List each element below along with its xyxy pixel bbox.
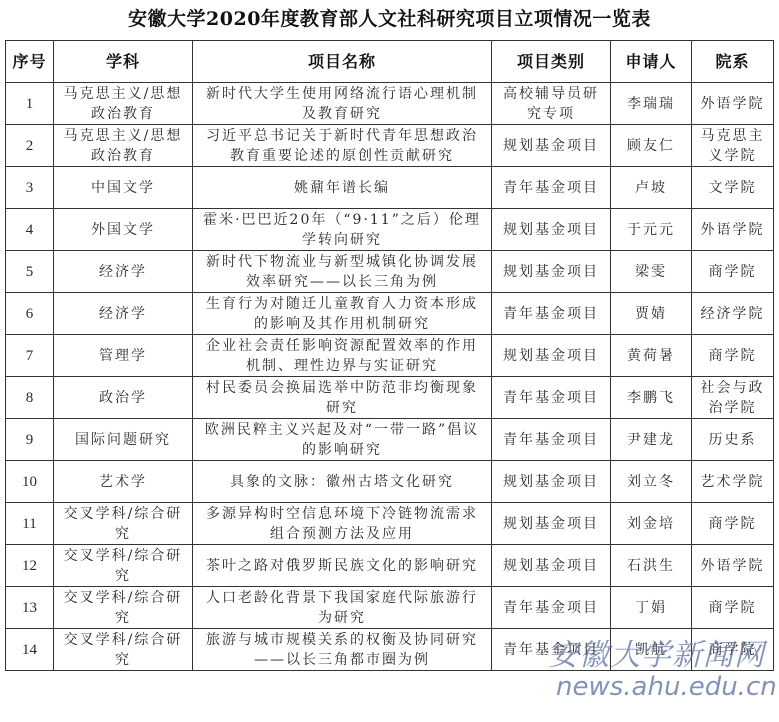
cell-department: 商学院: [692, 335, 774, 377]
watermark-url: news.ahu.edu.cn: [556, 672, 777, 702]
cell-category: 青年基金项目: [492, 419, 611, 461]
cell-project: 姚鼐年谱长编: [193, 167, 492, 209]
cell-no: 10: [6, 461, 54, 503]
cell-discipline: 经济学: [54, 293, 193, 335]
cell-category: 规划基金项目: [492, 461, 611, 503]
cell-no: 13: [6, 587, 54, 629]
table-row: 13 交叉学科/综合研究 人口老龄化背景下我国家庭代际旅游行为研究 青年基金项目…: [6, 587, 774, 629]
cell-no: 9: [6, 419, 54, 461]
cell-category: 高校辅导员研究专项: [492, 83, 611, 125]
header-applicant: 申请人: [611, 41, 692, 83]
cell-category: 规划基金项目: [492, 209, 611, 251]
cell-applicant: 贾婧: [611, 293, 692, 335]
cell-project: 新时代下物流业与新型城镇化协调发展效率研究——以长三角为例: [193, 251, 492, 293]
cell-category: 规划基金项目: [492, 545, 611, 587]
cell-no: 7: [6, 335, 54, 377]
table-row: 9 国际问题研究 欧洲民粹主义兴起及对“一带一路”倡议的影响研究 青年基金项目 …: [6, 419, 774, 461]
table-row: 6 经济学 生育行为对随迁儿童教育人力资本形成的影响及其作用机制研究 青年基金项…: [6, 293, 774, 335]
cell-applicant: 刘立冬: [611, 461, 692, 503]
cell-no: 11: [6, 503, 54, 545]
cell-category: 规划基金项目: [492, 251, 611, 293]
cell-no: 5: [6, 251, 54, 293]
cell-department: 商学院: [692, 251, 774, 293]
cell-no: 1: [6, 83, 54, 125]
table-header-row: 序号 学科 项目名称 项目类别 申请人 院系: [6, 41, 774, 83]
header-discipline: 学科: [54, 41, 193, 83]
cell-applicant: 卢坡: [611, 167, 692, 209]
cell-department: 外语学院: [692, 209, 774, 251]
cell-no: 8: [6, 377, 54, 419]
cell-no: 3: [6, 167, 54, 209]
cell-applicant: 李瑞瑞: [611, 83, 692, 125]
table-row: 14 交叉学科/综合研究 旅游与城市规模关系的权衡及协同研究——以长三角都市圈为…: [6, 629, 774, 671]
cell-department: 外语学院: [692, 83, 774, 125]
document-title: 安徽大学2020年度教育部人文社科研究项目立项情况一览表: [0, 4, 779, 31]
table-row: 10 艺术学 具象的文脉：徽州古塔文化研究 规划基金项目 刘立冬 艺术学院: [6, 461, 774, 503]
cell-category: 规划基金项目: [492, 125, 611, 167]
cell-category: 青年基金项目: [492, 293, 611, 335]
cell-discipline: 政治学: [54, 377, 193, 419]
cell-applicant: 刘金培: [611, 503, 692, 545]
cell-no: 4: [6, 209, 54, 251]
cell-department: 文学院: [692, 167, 774, 209]
cell-project: 旅游与城市规模关系的权衡及协同研究——以长三角都市圈为例: [193, 629, 492, 671]
cell-category: 青年基金项目: [492, 377, 611, 419]
cell-department: 经济学院: [692, 293, 774, 335]
cell-project: 具象的文脉：徽州古塔文化研究: [193, 461, 492, 503]
cell-applicant: 丁娟: [611, 587, 692, 629]
cell-discipline: 交叉学科/综合研究: [54, 545, 193, 587]
header-project: 项目名称: [193, 41, 492, 83]
cell-department: 马克思主义学院: [692, 125, 774, 167]
cell-discipline: 艺术学: [54, 461, 193, 503]
cell-project: 村民委员会换届选举中防范非均衡现象研究: [193, 377, 492, 419]
table-row: 4 外国文学 霍米·巴巴近20年（“9·11”之后）伦理学转向研究 规划基金项目…: [6, 209, 774, 251]
cell-project: 新时代大学生使用网络流行语心理机制及教育研究: [193, 83, 492, 125]
cell-applicant: 尹建龙: [611, 419, 692, 461]
table-row: 2 马克思主义/思想政治教育 习近平总书记关于新时代青年思想政治教育重要论述的原…: [6, 125, 774, 167]
table-row: 3 中国文学 姚鼐年谱长编 青年基金项目 卢坡 文学院: [6, 167, 774, 209]
cell-department: 商学院: [692, 587, 774, 629]
cell-project: 人口老龄化背景下我国家庭代际旅游行为研究: [193, 587, 492, 629]
cell-applicant: 李鹏飞: [611, 377, 692, 419]
header-category: 项目类别: [492, 41, 611, 83]
cell-department: 艺术学院: [692, 461, 774, 503]
cell-no: 12: [6, 545, 54, 587]
cell-project: 多源异构时空信息环境下冷链物流需求组合预测方法及应用: [193, 503, 492, 545]
cell-department: 商学院: [692, 503, 774, 545]
cell-category: 规划基金项目: [492, 335, 611, 377]
cell-project: 欧洲民粹主义兴起及对“一带一路”倡议的影响研究: [193, 419, 492, 461]
table-row: 11 交叉学科/综合研究 多源异构时空信息环境下冷链物流需求组合预测方法及应用 …: [6, 503, 774, 545]
cell-project: 习近平总书记关于新时代青年思想政治教育重要论述的原创性贡献研究: [193, 125, 492, 167]
cell-category: 青年基金项目: [492, 167, 611, 209]
cell-discipline: 交叉学科/综合研究: [54, 587, 193, 629]
cell-department: 历史系: [692, 419, 774, 461]
cell-applicant: 于元元: [611, 209, 692, 251]
cell-category: 青年基金项目: [492, 629, 611, 671]
cell-discipline: 国际问题研究: [54, 419, 193, 461]
table-row: 1 马克思主义/思想政治教育 新时代大学生使用网络流行语心理机制及教育研究 高校…: [6, 83, 774, 125]
cell-project: 生育行为对随迁儿童教育人力资本形成的影响及其作用机制研究: [193, 293, 492, 335]
cell-applicant: 梁雯: [611, 251, 692, 293]
cell-discipline: 马克思主义/思想政治教育: [54, 125, 193, 167]
cell-discipline: 经济学: [54, 251, 193, 293]
table-row: 8 政治学 村民委员会换届选举中防范非均衡现象研究 青年基金项目 李鹏飞 社会与…: [6, 377, 774, 419]
cell-applicant: 顾友仁: [611, 125, 692, 167]
cell-discipline: 外国文学: [54, 209, 193, 251]
cell-department: 商学院: [692, 629, 774, 671]
cell-discipline: 马克思主义/思想政治教育: [54, 83, 193, 125]
cell-discipline: 交叉学科/综合研究: [54, 503, 193, 545]
cell-discipline: 管理学: [54, 335, 193, 377]
cell-project: 茶叶之路对俄罗斯民族文化的影响研究: [193, 545, 492, 587]
cell-discipline: 中国文学: [54, 167, 193, 209]
cell-project: 企业社会责任影响资源配置效率的作用机制、理性边界与实证研究: [193, 335, 492, 377]
table-row: 5 经济学 新时代下物流业与新型城镇化协调发展效率研究——以长三角为例 规划基金…: [6, 251, 774, 293]
cell-no: 14: [6, 629, 54, 671]
table-row: 12 交叉学科/综合研究 茶叶之路对俄罗斯民族文化的影响研究 规划基金项目 石洪…: [6, 545, 774, 587]
cell-department: 外语学院: [692, 545, 774, 587]
cell-project: 霍米·巴巴近20年（“9·11”之后）伦理学转向研究: [193, 209, 492, 251]
projects-table: 序号 学科 项目名称 项目类别 申请人 院系 1 马克思主义/思想政治教育 新时…: [5, 40, 774, 671]
cell-no: 6: [6, 293, 54, 335]
header-no: 序号: [6, 41, 54, 83]
cell-discipline: 交叉学科/综合研究: [54, 629, 193, 671]
cell-applicant: 石洪生: [611, 545, 692, 587]
cell-category: 规划基金项目: [492, 503, 611, 545]
cell-department: 社会与政治学院: [692, 377, 774, 419]
cell-category: 青年基金项目: [492, 587, 611, 629]
cell-applicant: 黄荷暑: [611, 335, 692, 377]
cell-applicant: 凯航: [611, 629, 692, 671]
table-row: 7 管理学 企业社会责任影响资源配置效率的作用机制、理性边界与实证研究 规划基金…: [6, 335, 774, 377]
cell-no: 2: [6, 125, 54, 167]
header-department: 院系: [692, 41, 774, 83]
